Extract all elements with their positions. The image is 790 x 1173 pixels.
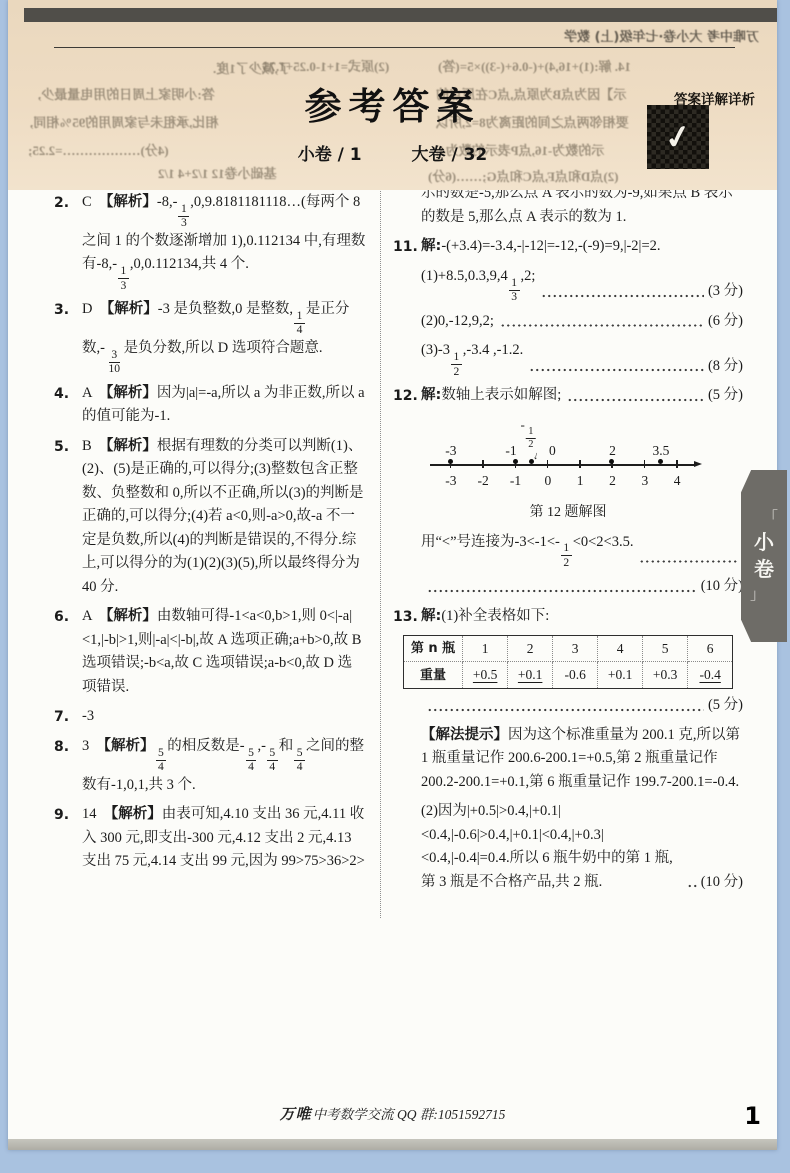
answers-list-right: -300,所以这五笔交易中支出最多的是 99 元,是 4 月 14 日.10.-…	[393, 106, 743, 894]
point-label: 0	[549, 440, 556, 462]
answer-item: (2)因为|+0.5|>0.4,|+0.1|<0.4,|-0.6|>0.4,|+…	[393, 800, 743, 894]
item-body: A 【解析】因为|a|=-a,所以 a 为非正数,所以 a 的值可能为-1.	[82, 382, 366, 429]
item-number: 3.	[54, 298, 82, 376]
answer-item: 用“<”号连接为-3<-1<-12<0<2<3.5.	[393, 531, 743, 570]
answer-item: 13.解:(1)补全表格如下:	[393, 605, 743, 629]
tab-label-char-1: 小	[754, 529, 774, 556]
table-value-cell: +0.1	[598, 662, 643, 689]
fraction: 54	[156, 747, 167, 774]
tick-label: -2	[478, 470, 489, 492]
point-label: -3	[445, 440, 456, 462]
column-divider	[380, 110, 381, 918]
answer-item: 11.解:-(+3.4)=-3.4,-|-12|=-12,-(-9)=9,|-2…	[393, 235, 743, 259]
item-number	[393, 724, 421, 794]
table-header-cell: 4	[598, 635, 643, 662]
item-number: 11.	[393, 235, 421, 259]
large-volume-pageref: 大卷 / 32	[412, 145, 488, 165]
fraction: 13	[118, 265, 129, 292]
answer-item: 5.B 【解析】根据有理数的分类可以判断(1)、(2)、(5)是正确的,可以得分…	[54, 435, 366, 599]
tick-label: -1	[510, 470, 521, 492]
item-body: D 【解析】-3 是负整数,0 是整数,14是正分数,-310是负分数,所以 D…	[82, 298, 366, 376]
item-number	[393, 339, 421, 378]
table-row: 第 n 瓶123456	[403, 635, 732, 662]
header-rule	[54, 47, 735, 48]
axis-tick	[579, 460, 581, 468]
page-bottom-edge	[8, 1139, 777, 1150]
item-text: (3)-312,-3.4 ,-1.2.	[421, 339, 523, 378]
point-label: 3.5	[653, 440, 670, 462]
answer-item: (1)+8.5,0.3,9,413,2;(3 分)	[393, 265, 743, 304]
small-volume-pageref: 小卷 / 1	[298, 145, 362, 165]
item-text: 解:数轴上表示如解图;	[421, 384, 561, 407]
tick-label: 3	[641, 470, 648, 492]
table-header-cell: 3	[553, 635, 598, 662]
wanwei-logo: 万唯	[280, 1105, 312, 1123]
score-label: (5 分)	[708, 694, 743, 717]
fraction: 54	[294, 747, 305, 774]
answer-item: 2.C 【解析】-8,-13,0,9.8181181118…(每两个 8 之间 …	[54, 191, 366, 292]
item-body: (1)+8.5,0.3,9,413,2;(3 分)	[421, 265, 743, 304]
dotted-leader	[541, 293, 704, 299]
table-header-cell: 2	[508, 635, 553, 662]
item-body: 解:(1)补全表格如下:	[421, 605, 743, 629]
item-body: C 【解析】-8,-13,0,9.8181181118…(每两个 8 之间 1 …	[82, 191, 366, 292]
scanned-answer-page: 万唯中考 大小卷·七年级(上) 数学 了,减少了1度.(2)原式=1+1-0.2…	[0, 0, 790, 1173]
fraction: 14	[294, 310, 305, 337]
answer-item: 9.14 【解析】由表可知,4.10 支出 36 元,4.11 收入 300 元…	[54, 803, 366, 873]
item-body: 用“<”号连接为-3<-1<-12<0<2<3.5.	[421, 531, 743, 570]
tick-label: -3	[445, 470, 456, 492]
axis-tick	[644, 460, 646, 468]
item-body: (2)因为|+0.5|>0.4,|+0.1|<0.4,|-0.6|>0.4,|+…	[421, 800, 743, 894]
answer-item: (3)-312,-3.4 ,-1.2.(8 分)	[393, 339, 743, 378]
checkmark-icon: ✓	[642, 100, 714, 174]
dotted-leader	[427, 707, 704, 713]
item-text: (1)+8.5,0.3,9,413,2;	[421, 265, 535, 304]
item-body: A 【解析】由数轴可得-1<a<0,b>1,则 0<|-a|<1,|-b|>1,…	[82, 605, 366, 699]
bleed-through-text: (2)原式=1+1-0.25+1.75	[263, 56, 389, 75]
fraction: 310	[106, 349, 123, 376]
answer-item: 【解法提示】因为这个标准重量为 200.1 克,所以第 1 瓶重量记作 200.…	[393, 724, 743, 794]
item-body: (5 分)	[421, 694, 743, 717]
answer-item: (2)0,-12,9,2;(6 分)	[393, 310, 743, 333]
table-row: 重量+0.5+0.1-0.6+0.1+0.3-0.4	[403, 662, 732, 689]
answer-item: (10 分)	[393, 575, 743, 598]
top-dark-band	[24, 8, 777, 22]
fraction: 13	[178, 203, 189, 230]
point-label: 2	[609, 440, 616, 462]
item-number	[393, 310, 421, 333]
item-number	[393, 800, 421, 894]
axis-tick	[676, 460, 678, 468]
item-text: (2)因为|+0.5|>0.4,|+0.1|<0.4,|-0.6|>0.4,|+…	[421, 800, 681, 894]
score-label: (10 分)	[701, 575, 743, 598]
item-text: (2)0,-12,9,2;	[421, 310, 494, 333]
point-label: -1	[505, 440, 516, 462]
item-number: 13.	[393, 605, 421, 629]
item-number	[393, 575, 421, 598]
answer-item: 6.A 【解析】由数轴可得-1<a<0,b>1,则 0<|-a|<1,|-b|>…	[54, 605, 366, 699]
item-body: 【解法提示】因为这个标准重量为 200.1 克,所以第 1 瓶重量记作 200.…	[421, 724, 743, 794]
tick-label: 4	[674, 470, 681, 492]
table-header-cell: 1	[463, 635, 508, 662]
footer: 万唯中考数学交流 QQ 群:1051592715	[8, 1103, 777, 1124]
dotted-leader	[639, 558, 739, 564]
item-body: 解:-(+3.4)=-3.4,-|-12|=-12,-(-9)=9,|-2|=2…	[421, 235, 743, 259]
numberline-figure: -3-2-101234-3-1023.5-12↓第 12 题解图	[393, 414, 743, 525]
table-value-cell: -0.4	[688, 662, 733, 689]
qr-code: ✓	[647, 105, 709, 169]
item-body: 14 【解析】由表可知,4.10 支出 36 元,4.11 收入 300 元,即…	[82, 803, 366, 873]
answer-item: 8.3 【解析】54的相反数是-54,-54和54之间的整数有-1,0,1,共 …	[54, 735, 366, 797]
tick-label: 2	[609, 470, 616, 492]
score-label: (5 分)	[708, 384, 743, 407]
fraction: 12	[561, 542, 572, 569]
tick-label: 1	[577, 470, 584, 492]
fraction: 54	[267, 747, 278, 774]
item-body: -3	[82, 705, 366, 729]
bleed-through-header-text: 万唯中考 大小卷·七年级(上) 数学	[564, 26, 759, 45]
tab-label-char-2: 卷	[754, 556, 774, 583]
axis-line	[430, 464, 693, 466]
dotted-leader	[500, 322, 704, 328]
item-number: 12.	[393, 384, 421, 408]
score-label: (6 分)	[708, 310, 743, 333]
item-number: 4.	[54, 382, 82, 429]
bleed-through-text: 基础小卷12 1/2+4 1/2	[158, 163, 277, 182]
page-header: 万唯中考 大小卷·七年级(上) 数学 了,减少了1度.(2)原式=1+1-0.2…	[8, 0, 777, 190]
bottle-weight-table: 第 n 瓶123456重量+0.5+0.1-0.6+0.1+0.3-0.4	[403, 635, 733, 690]
dotted-leader	[427, 588, 697, 594]
page-number: 1	[744, 1102, 761, 1130]
fraction: 13	[509, 277, 520, 304]
score-label: (10 分)	[701, 871, 743, 894]
item-number: 2.	[54, 191, 82, 292]
table-value-cell: +0.3	[643, 662, 688, 689]
item-number	[393, 265, 421, 304]
score-label: (8 分)	[708, 355, 743, 378]
side-tab-small-volume: 「 小 卷 」	[741, 470, 787, 642]
item-number: 7.	[54, 705, 82, 729]
right-column: -300,所以这五笔交易中支出最多的是 99 元,是 4 月 14 日.10.-…	[393, 106, 743, 918]
item-body: (3)-312,-3.4 ,-1.2.(8 分)	[421, 339, 743, 378]
bleed-through-text: (2)点D和点F,点C和点G;……(6分)	[428, 166, 619, 185]
table-header-cell: 5	[643, 635, 688, 662]
item-number: 6.	[54, 605, 82, 699]
item-number	[393, 694, 421, 717]
answer-item: 12.解:数轴上表示如解图;(5 分)	[393, 384, 743, 408]
two-column-content: 基础小卷 1(1.1~1.2) 1.C 【解析】-12022的绝对值为12022…	[8, 96, 777, 918]
answers-list-left: 1.C 【解析】-12022的绝对值为12022.2.C 【解析】-8,-13,…	[54, 146, 366, 873]
answer-item: (5 分)	[393, 694, 743, 717]
fraction-point-label: -12	[520, 414, 537, 451]
left-column: 基础小卷 1(1.1~1.2) 1.C 【解析】-12022的绝对值为12022…	[54, 106, 366, 918]
item-body: B 【解析】根据有理数的分类可以判断(1)、(2)、(5)是正确的,可以得分;(…	[82, 435, 366, 599]
dotted-leader	[567, 397, 704, 403]
item-body: (10 分)	[421, 575, 743, 598]
axis-arrow	[694, 461, 702, 467]
dotted-leader	[529, 367, 704, 373]
dotted-leader	[687, 883, 697, 889]
fraction: 54	[246, 747, 257, 774]
item-body: (2)0,-12,9,2;(6 分)	[421, 310, 743, 333]
item-body: 3 【解析】54的相反数是-54,-54和54之间的整数有-1,0,1,共 3 …	[82, 735, 366, 797]
axis-tick	[482, 460, 484, 468]
table-header-cell: 6	[688, 635, 733, 662]
item-number: 8.	[54, 735, 82, 797]
fraction: 12	[451, 351, 462, 378]
item-body: 解:数轴上表示如解图;(5 分)	[421, 384, 743, 408]
item-number: 5.	[54, 435, 82, 599]
answer-item: 4.A 【解析】因为|a|=-a,所以 a 为非正数,所以 a 的值可能为-1.	[54, 382, 366, 429]
tick-label: 0	[544, 470, 551, 492]
table-value-cell: +0.1	[508, 662, 553, 689]
item-number: 9.	[54, 803, 82, 873]
answer-item: 7.-3	[54, 705, 366, 729]
item-number	[393, 531, 421, 570]
numberline: -3-2-101234-3-1023.5-12↓	[418, 414, 718, 500]
table-value-cell: +0.5	[463, 662, 508, 689]
score-label: (3 分)	[708, 280, 743, 303]
paper-page: 万唯中考 大小卷·七年级(上) 数学 了,减少了1度.(2)原式=1+1-0.2…	[8, 0, 777, 1150]
table-value-cell: -0.6	[553, 662, 598, 689]
answer-item: 3.D 【解析】-3 是负整数,0 是整数,14是正分数,-310是负分数,所以…	[54, 298, 366, 376]
tab-bracket-open: 「	[763, 510, 778, 525]
table-label-cell: 重量	[403, 662, 462, 689]
footer-text: 中考数学交流 QQ 群:1051592715	[313, 1107, 506, 1122]
tab-bracket-close: 」	[750, 587, 765, 602]
figure-caption: 第 12 题解图	[393, 502, 743, 525]
item-text: 用“<”号连接为-3<-1<-12<0<2<3.5.	[421, 531, 633, 570]
bleed-through-text: 14. 解:(1)+16,4)+(-0.6+(-3))×5=(答)	[438, 56, 631, 75]
table-header-cell: 第 n 瓶	[403, 635, 462, 662]
